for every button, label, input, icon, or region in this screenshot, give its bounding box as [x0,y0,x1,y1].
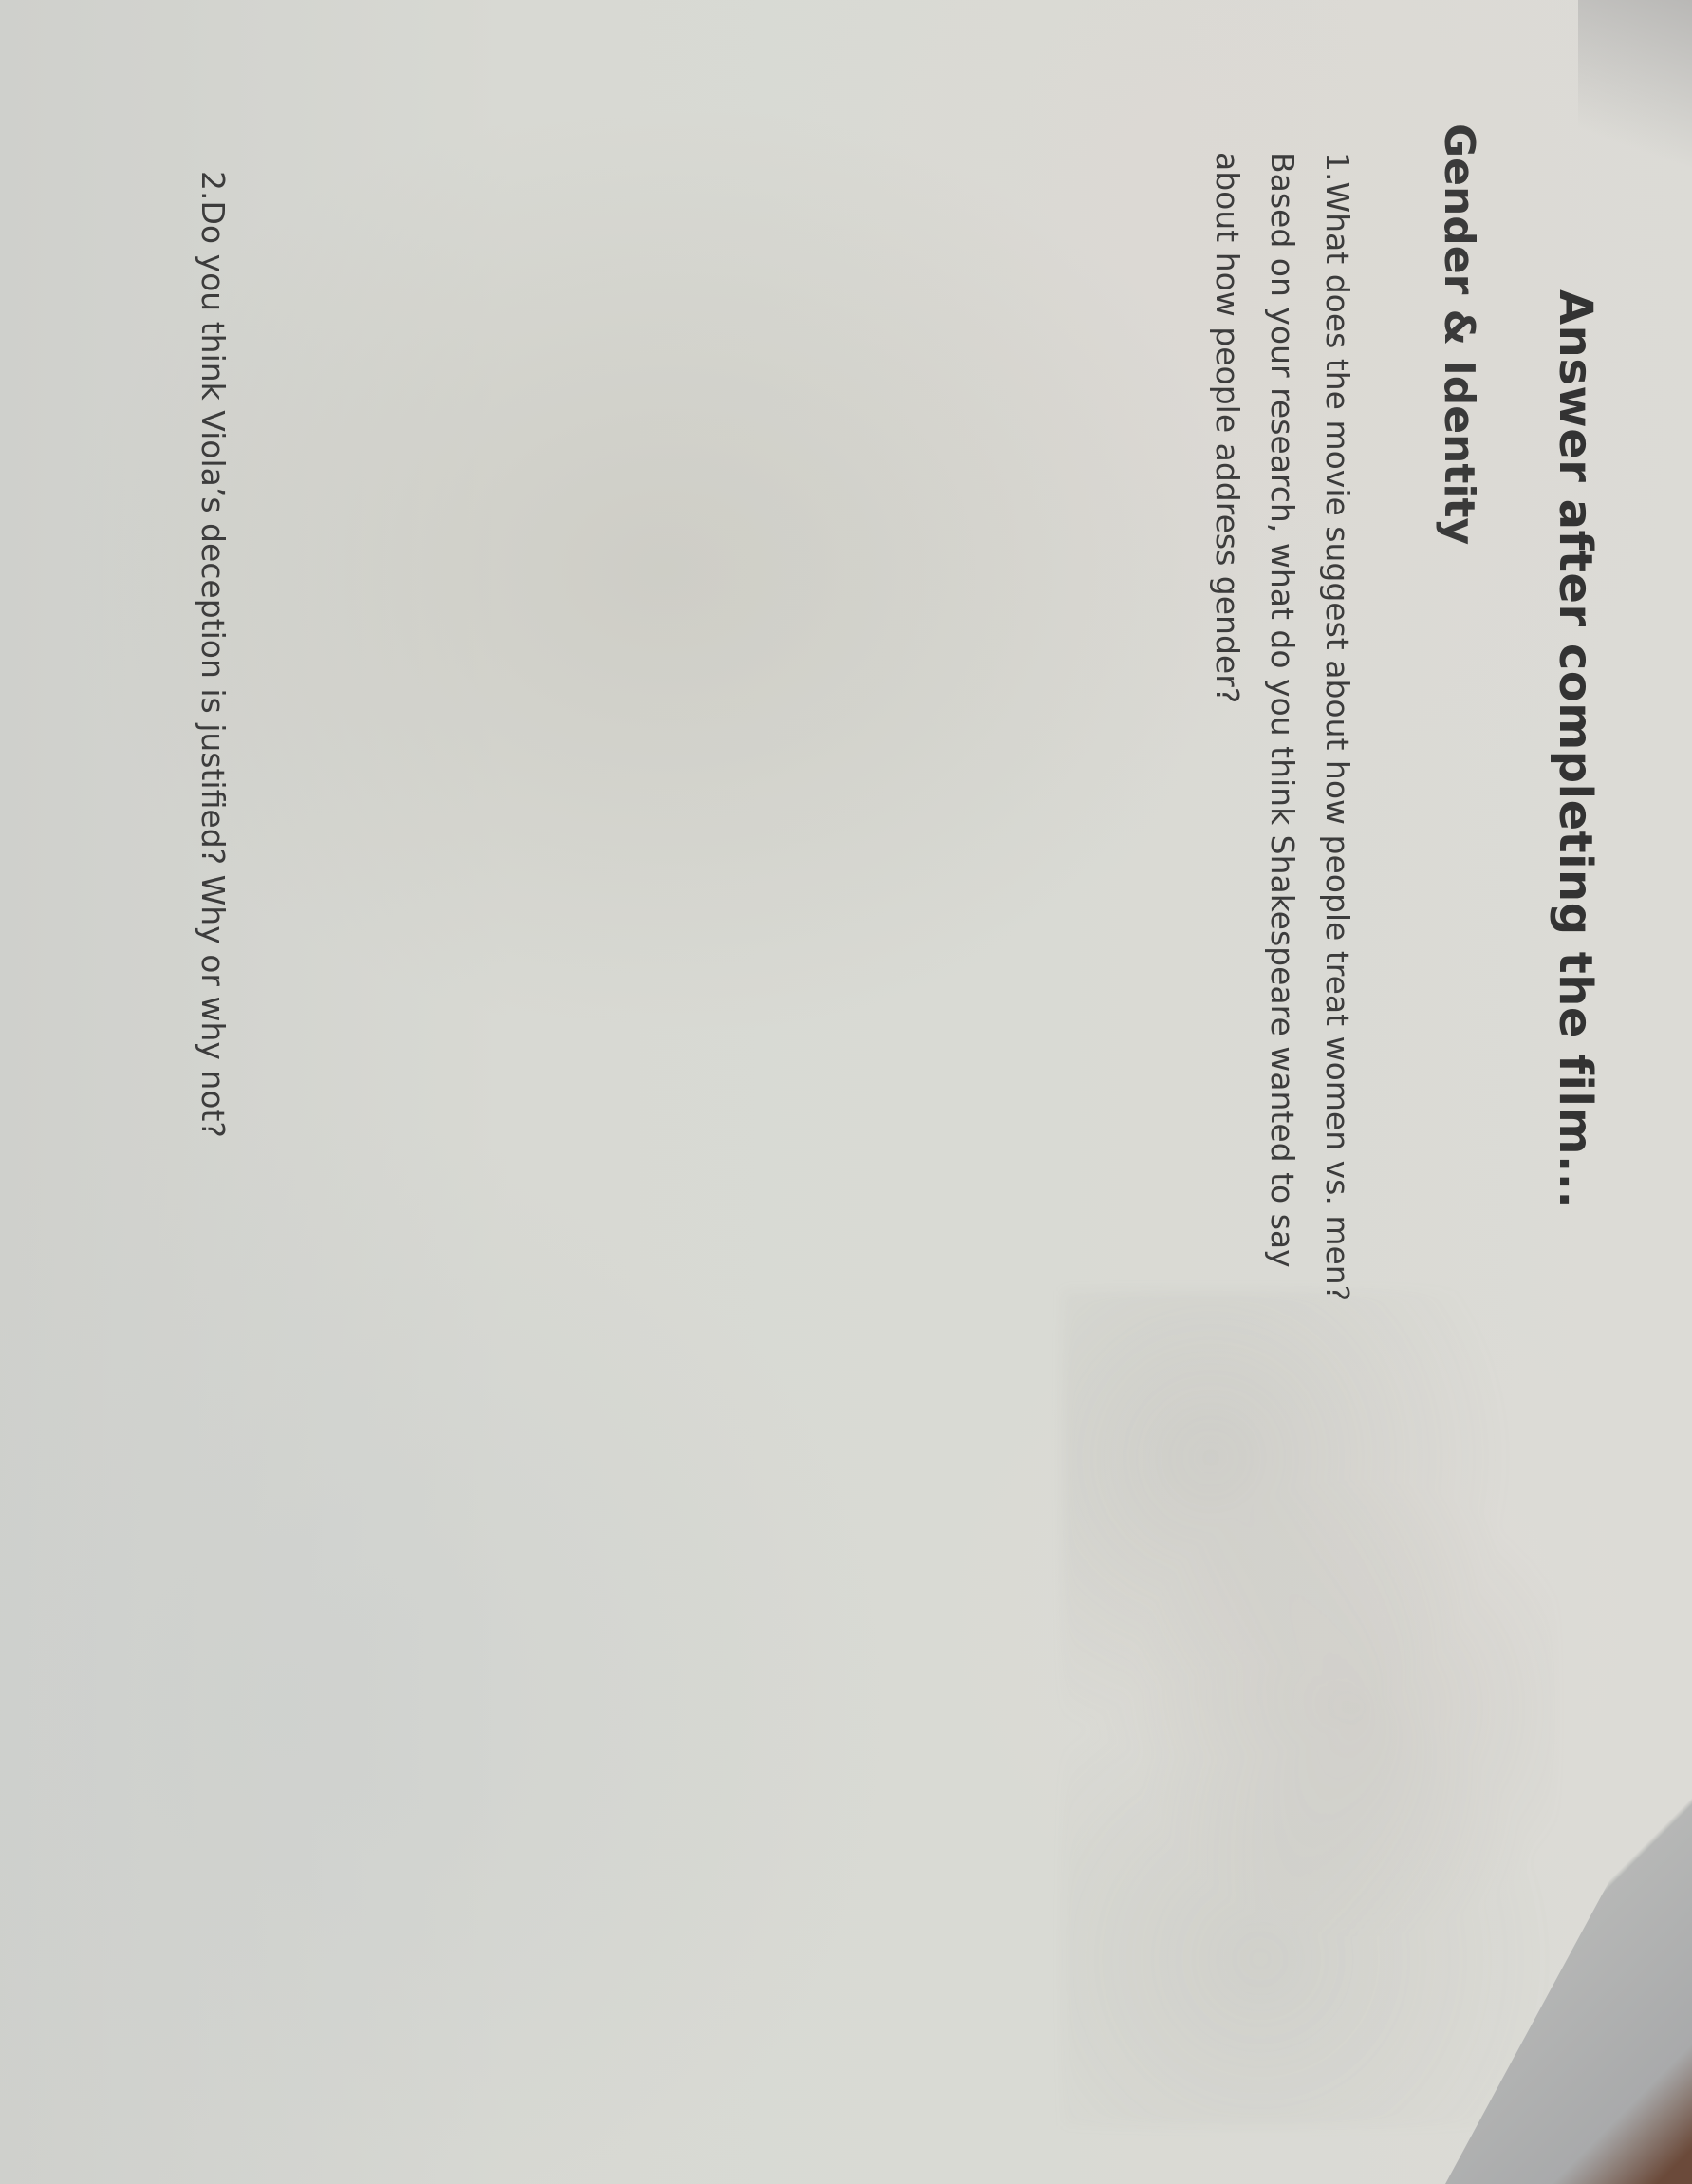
question-2: 2.Do you think Viola’s deception is just… [185,171,240,1879]
question-text: What does the movie suggest about how pe… [1209,152,1356,1301]
question-text: Do you think Viola’s deception is justif… [195,201,232,1138]
section-heading: Gender & Identity [1435,123,1483,545]
page-title: Answer after completing the film... [1549,289,1602,1208]
question-number: 2. [195,171,232,201]
worksheet-page: Answer after completing the film... Gend… [0,0,1692,2184]
question-1: 1.What does the movie suggest about how … [1199,152,1365,1367]
question-number: 1. [1319,152,1356,182]
